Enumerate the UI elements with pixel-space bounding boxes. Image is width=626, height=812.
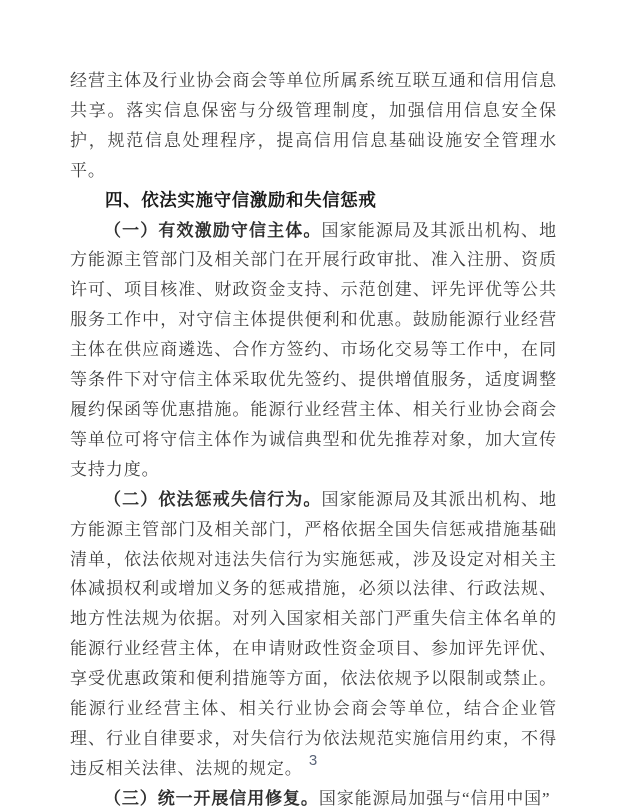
document-body: 经营主体及行业协会商会等单位所属系统互联互通和信用信息共享。落实信息保密与分级管… [70,66,557,812]
paragraph-item-2-text: 国家能源局及其派出机构、地方能源主管部门及相关部门，严格依据全国失信惩戒措施基础… [70,490,557,778]
page-footer: 3 [0,752,626,770]
paragraph-item-1-lead: （一）有效激励守信主体。 [104,221,322,240]
paragraph-item-3-text: 国家能源局加强与“信用中国” [319,789,551,808]
paragraph-item-1: （一）有效激励守信主体。国家能源局及其派出机构、地方能源主管部门及相关部门在开展… [70,216,557,485]
paragraph-item-2: （二）依法惩戒失信行为。国家能源局及其派出机构、地方能源主管部门及相关部门，严格… [70,485,557,784]
paragraph-continuation: 经营主体及行业协会商会等单位所属系统互联互通和信用信息共享。落实信息保密与分级管… [70,66,557,186]
page-number: 3 [309,752,317,769]
section-heading: 四、依法实施守信激励和失信惩戒 [70,186,557,216]
paragraph-item-2-lead: （二）依法惩戒失信行为。 [104,490,322,509]
paragraph-item-1-text: 国家能源局及其派出机构、地方能源主管部门及相关部门在开展行政审批、准入注册、资质… [70,221,557,479]
document-page: 经营主体及行业协会商会等单位所属系统互联互通和信用信息共享。落实信息保密与分级管… [0,0,626,812]
paragraph-item-3: （三）统一开展信用修复。国家能源局加强与“信用中国” [70,784,557,812]
paragraph-item-3-lead: （三）统一开展信用修复。 [104,789,319,808]
